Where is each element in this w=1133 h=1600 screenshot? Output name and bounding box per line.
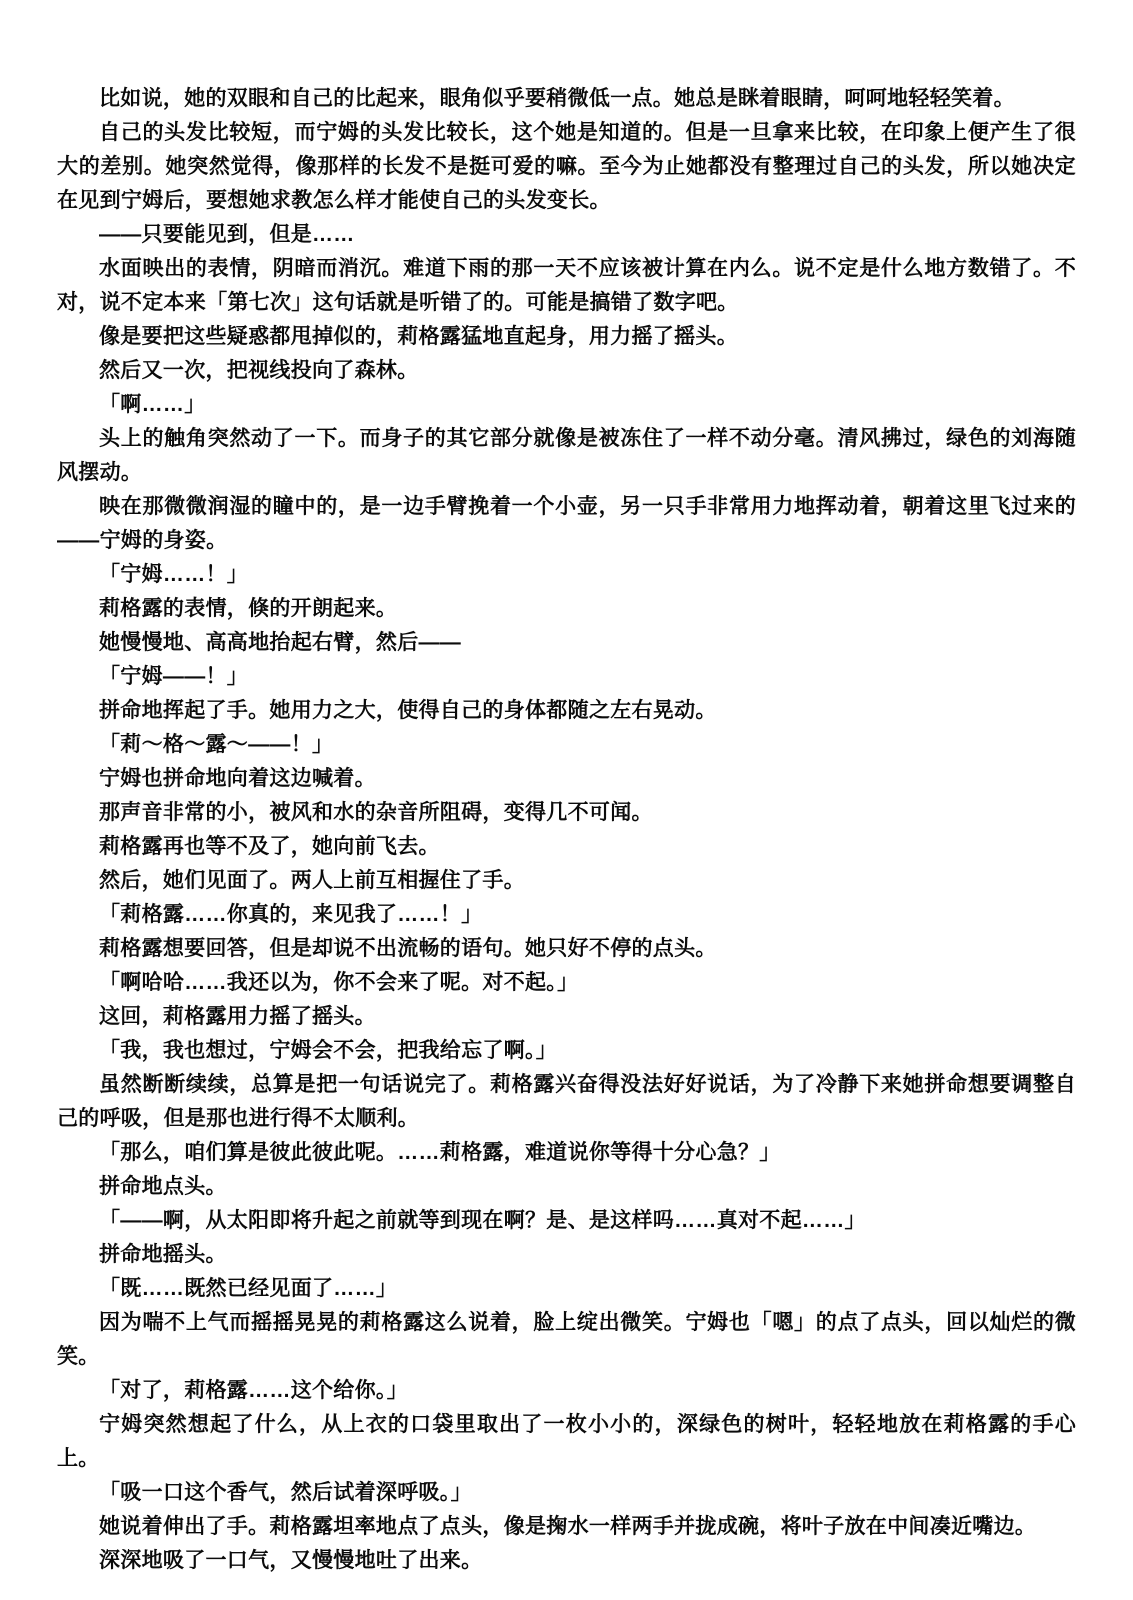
paragraph: 「既……既然已经见面了……」 <box>57 1272 1076 1306</box>
paragraph: 「我，我也想过，宁姆会不会，把我给忘了啊。」 <box>57 1034 1076 1068</box>
paragraph: 然后又一次，把视线投向了森林。 <box>57 354 1076 388</box>
paragraph: 宁姆突然想起了什么，从上衣的口袋里取出了一枚小小的，深绿色的树叶，轻轻地放在莉格… <box>57 1408 1076 1476</box>
paragraph: 水面映出的表情，阴暗而消沉。难道下雨的那一天不应该被计算在内么。说不定是什么地方… <box>57 252 1076 320</box>
paragraph: 因为喘不上气而摇摇晃晃的莉格露这么说着，脸上绽出微笑。宁姆也「嗯」的点了点头，回… <box>57 1306 1076 1374</box>
paragraph: 虽然断断续续，总算是把一句话说完了。莉格露兴奋得没法好好说话，为了冷静下来她拼命… <box>57 1068 1076 1136</box>
paragraph: 莉格露的表情，倏的开朗起来。 <box>57 592 1076 626</box>
paragraph: 「莉～格～露～——！」 <box>57 728 1076 762</box>
paragraph: 「宁姆——！」 <box>57 660 1076 694</box>
paragraph: 深深地吸了一口气，又慢慢地吐了出来。 <box>57 1544 1076 1578</box>
paragraph: 像是要把这些疑惑都甩掉似的，莉格露猛地直起身，用力摇了摇头。 <box>57 320 1076 354</box>
paragraph: 她慢慢地、高高地抬起右臂，然后—— <box>57 626 1076 660</box>
paragraph: 「对了，莉格露……这个给你。」 <box>57 1374 1076 1408</box>
paragraph: 这回，莉格露用力摇了摇头。 <box>57 1000 1076 1034</box>
novel-text-column: 比如说，她的双眼和自己的比起来，眼角似乎要稍微低一点。她总是眯着眼睛，呵呵地轻轻… <box>57 82 1076 1578</box>
paragraph: 拼命地摇头。 <box>57 1238 1076 1272</box>
paragraph: 「——啊，从太阳即将升起之前就等到现在啊？是、是这样吗……真对不起……」 <box>57 1204 1076 1238</box>
paragraph: 那声音非常的小，被风和水的杂音所阻碍，变得几不可闻。 <box>57 796 1076 830</box>
paragraph: 她说着伸出了手。莉格露坦率地点了点头，像是掬水一样两手并拢成碗，将叶子放在中间凑… <box>57 1510 1076 1544</box>
paragraph: 「啊哈哈……我还以为，你不会来了呢。对不起。」 <box>57 966 1076 1000</box>
paragraph: 宁姆也拼命地向着这边喊着。 <box>57 762 1076 796</box>
paragraph: 头上的触角突然动了一下。而身子的其它部分就像是被冻住了一样不动分毫。清风拂过，绿… <box>57 422 1076 490</box>
paragraph: 自己的头发比较短，而宁姆的头发比较长，这个她是知道的。但是一旦拿来比较，在印象上… <box>57 116 1076 218</box>
paragraph: 莉格露想要回答，但是却说不出流畅的语句。她只好不停的点头。 <box>57 932 1076 966</box>
paragraph: 「宁姆……！」 <box>57 558 1076 592</box>
paragraph: 映在那微微润湿的瞳中的，是一边手臂挽着一个小壶，另一只手非常用力地挥动着，朝着这… <box>57 490 1076 558</box>
paragraph: 拼命地点头。 <box>57 1170 1076 1204</box>
paragraph: ——只要能见到，但是…… <box>57 218 1076 252</box>
paragraph: 「那么，咱们算是彼此彼此呢。……莉格露，难道说你等得十分心急？」 <box>57 1136 1076 1170</box>
paragraph: 「啊……」 <box>57 388 1076 422</box>
paragraph: 然后，她们见面了。两人上前互相握住了手。 <box>57 864 1076 898</box>
paragraph: 比如说，她的双眼和自己的比起来，眼角似乎要稍微低一点。她总是眯着眼睛，呵呵地轻轻… <box>57 82 1076 116</box>
paragraph: 拼命地挥起了手。她用力之大，使得自己的身体都随之左右晃动。 <box>57 694 1076 728</box>
paragraph: 「莉格露……你真的，来见我了……！」 <box>57 898 1076 932</box>
paragraph: 莉格露再也等不及了，她向前飞去。 <box>57 830 1076 864</box>
paragraph: 「吸一口这个香气，然后试着深呼吸。」 <box>57 1476 1076 1510</box>
novel-page: 比如说，她的双眼和自己的比起来，眼角似乎要稍微低一点。她总是眯着眼睛，呵呵地轻轻… <box>0 0 1133 1600</box>
